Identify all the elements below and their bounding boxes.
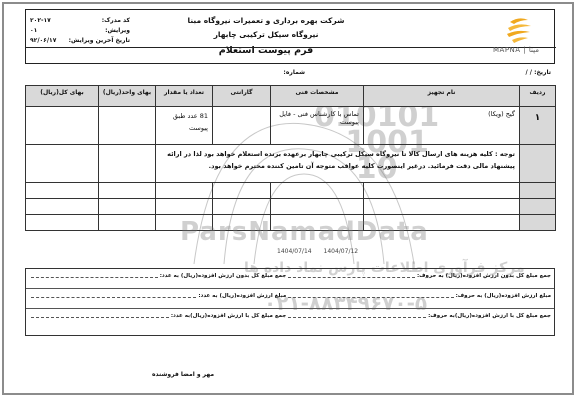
last-revision-label: تاریخ آخرین ویرایش: [69,36,130,46]
logo-text: MAPNA | مپنا [484,46,548,54]
row-number: ۱ [520,107,556,145]
empty-cell [156,183,213,199]
number-label: شماره: [283,69,305,76]
empty-cell [271,199,364,215]
empty-cell [271,215,364,231]
subtotal-row: جمع مبلغ کل بدون ارزش افزوده(ریال) به حر… [26,269,554,289]
empty-cell [213,183,271,199]
form-page: کد مدرک: ۲۰۲-۱۷ ویرایش: ۰۱ تاریخ آخرین و… [2,2,574,395]
company-name: شرکت بهره برداری و تعمیرات نیروگاه مبنا [156,16,376,25]
item-specs: تماس با کارشناس فنی - فایل پیوست [271,107,364,145]
col-item-name: نام تجهیز [364,86,520,107]
table-row: ۱ گیج (ویکا) تماس با کارشناس فنی - فایل … [26,107,556,145]
subtotal-words-field[interactable] [288,273,415,278]
revision-label: ویرایش: [105,26,130,36]
col-warranty: گارانتی [213,86,271,107]
item-warranty[interactable] [213,107,271,145]
item-quantity: 81 عدد طبق پیوست [156,107,213,145]
empty-cell [99,215,156,231]
empty-cell [520,215,556,231]
doc-code-label: کد مدرک: [102,16,130,26]
vat-words-label: مبلغ ارزش افزوده(ریال) به حروف: [456,293,551,308]
empty-cell [26,215,99,231]
mapna-logo-icon [504,16,534,44]
note-row: توجه : کلیه هزینه های ارسال کالا تا نیرو… [26,145,556,183]
grand-total-row: جمع مبلغ کل با ارزش افزوده(ریال)به حروف:… [26,309,554,335]
shipping-note: توجه : کلیه هزینه های ارسال کالا تا نیرو… [156,145,520,183]
vat-row: مبلغ ارزش افزوده(ریال) به حروف: مبلغ ارز… [26,289,554,309]
empty-cell [213,215,271,231]
empty-cell [271,183,364,199]
item-name: گیج (ویکا) [364,107,520,145]
grand-words-field[interactable] [288,313,426,318]
empty-cell [26,199,99,215]
note-unit-price [99,145,156,183]
col-specs: مشخصات فنی [271,86,364,107]
empty-row [26,183,556,199]
subtotal-digits-field[interactable] [31,273,158,278]
empty-cell [213,199,271,215]
totals-section: جمع مبلغ کل بدون ارزش افزوده(ریال) به حر… [25,268,555,336]
empty-cell [520,183,556,199]
date-stamps: 1404/07/14 1404/07/12 [277,248,368,255]
empty-cell [99,199,156,215]
document-info: کد مدرک: ۲۰۲-۱۷ ویرایش: ۰۱ تاریخ آخرین و… [30,16,130,46]
subtotal-digits-label: جمع مبلغ کل بدون ارزش افزوده(ریال) به عد… [160,273,287,288]
col-row: ردیف [520,86,556,107]
date-value: / / [525,69,531,76]
empty-cell [156,215,213,231]
vat-words-field[interactable] [288,293,453,298]
grand-digits-field[interactable] [31,313,169,318]
item-total-price[interactable] [26,107,99,145]
seller-seal-label: مهر و امضا فروشنده [152,371,214,378]
note-row-number [520,145,556,183]
revision-value: ۰۱ [30,26,37,36]
empty-cell [26,183,99,199]
items-table: ردیف نام تجهیز مشخصات فنی گارانتی تعداد … [25,85,556,231]
plant-name: نیروگاه سیکل ترکیبی چابهار [156,30,376,39]
empty-row [26,215,556,231]
col-total-price: بهای کل(ریال) [26,86,99,107]
col-unit-price: بهای واحد(ریال) [99,86,156,107]
col-quantity: تعداد یا مقدار [156,86,213,107]
note-total-price [26,145,99,183]
doc-code-value: ۲۰۲-۱۷ [30,16,51,26]
empty-cell [99,183,156,199]
vat-digits-field[interactable] [31,293,196,298]
item-unit-price[interactable] [99,107,156,145]
empty-cell [364,183,520,199]
date-field: تاریخ: / / [525,69,551,76]
table-header-row: ردیف نام تجهیز مشخصات فنی گارانتی تعداد … [26,86,556,107]
last-revision-value: ۹۲/۰۶/۱۷ [30,36,56,46]
header-titles: شرکت بهره برداری و تعمیرات نیروگاه مبنا … [156,10,376,65]
stamp-date-2: 1404/07/12 [324,248,359,255]
date-label: تاریخ: [534,69,551,76]
empty-cell [364,199,520,215]
vat-digits-label: مبلغ ارزش افزوده(ریال) به عدد: [198,293,286,308]
empty-cell [156,199,213,215]
grand-words-label: جمع مبلغ کل با ارزش افزوده(ریال)به حروف: [428,313,551,335]
mapna-logo: MAPNA | مپنا [484,14,548,60]
meta-row: تاریخ: / / شماره: [25,69,555,81]
empty-cell [520,199,556,215]
empty-cell [364,215,520,231]
subtotal-words-label: جمع مبلغ کل بدون ارزش افزوده(ریال) به حر… [417,273,551,288]
grand-digits-label: جمع مبلغ کل با ارزش افزوده(ریال)به عدد: [171,313,286,335]
empty-row [26,199,556,215]
header-divider [26,47,556,48]
stamp-date-1: 1404/07/14 [277,248,312,255]
form-header: کد مدرک: ۲۰۲-۱۷ ویرایش: ۰۱ تاریخ آخرین و… [25,9,555,64]
